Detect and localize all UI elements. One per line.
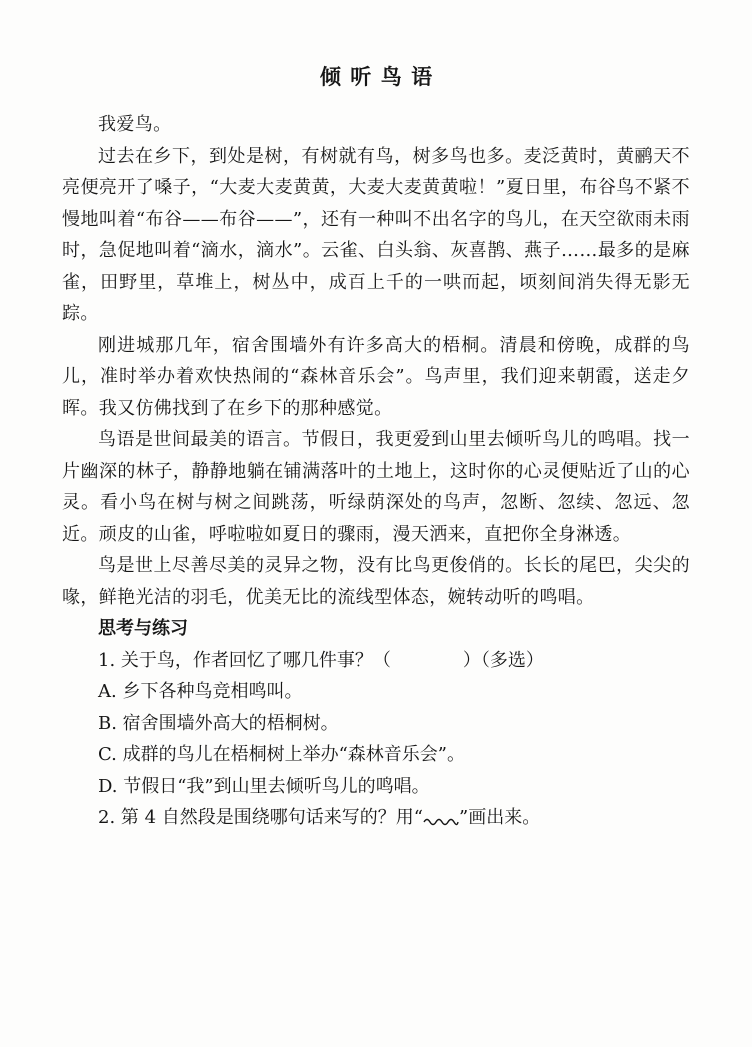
option-a: A. 乡下各种鸟竞相鸣叫。 [62,676,690,708]
wavy-underline-icon [423,814,459,826]
document-page: 倾听鸟语 我爱鸟。 过去在乡下，到处是树，有树就有鸟，树多鸟也多。麦泛黄时，黄鹂… [0,0,752,1047]
option-c: C. 成群的鸟儿在梧桐树上举办“森林音乐会”。 [62,739,690,771]
paragraph-2: 过去在乡下，到处是树，有树就有鸟，树多鸟也多。麦泛黄时，黄鹂天不亮便亮开了嗓子，… [62,141,690,330]
paragraph-3: 刚进城那几年，宿舍围墙外有许多高大的梧桐。清晨和傍晚，成群的鸟儿，准时举办着欢快… [62,330,690,425]
question-2-suffix: ”画出来。 [459,807,540,828]
option-b: B. 宿舍围墙外高大的梧桐树。 [62,708,690,740]
option-d: D. 节假日“我”到山里去倾听鸟儿的鸣唱。 [62,771,690,803]
paragraph-1: 我爱鸟。 [62,109,690,141]
paragraph-5: 鸟是世上尽善尽美的灵异之物，没有比鸟更俊俏的。长长的尾巴，尖尖的喙，鲜艳光洁的羽… [62,550,690,613]
question-2: 2. 第 4 自然段是围绕哪句话来写的？用“”画出来。 [62,802,690,834]
exercises-heading: 思考与练习 [62,613,690,645]
page-title: 倾听鸟语 [62,62,690,92]
question-2-prefix: 2. 第 4 自然段是围绕哪句话来写的？用“ [98,807,423,828]
paragraph-4: 鸟语是世间最美的语言。节假日，我更爱到山里去倾听鸟儿的鸣唱。找一片幽深的林子，静… [62,424,690,550]
question-1: 1. 关于鸟，作者回忆了哪几件事？（ ）（多选） [62,645,690,677]
